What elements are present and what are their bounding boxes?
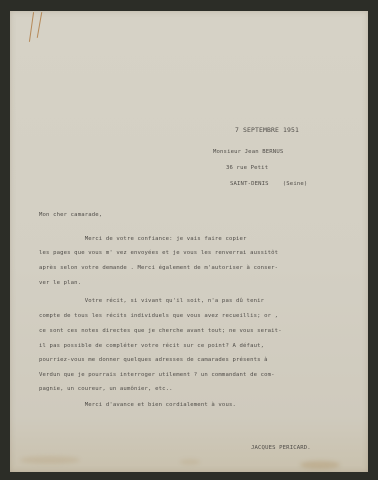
paper-stain (300, 461, 340, 469)
paragraph-line: ver le plan. (39, 280, 81, 286)
document-scan-frame: 7 SEPTEMBRE 1951 Monsieur Jean BERNUS 36… (0, 0, 378, 480)
recipient-street: 36 rue Petit (226, 165, 268, 171)
paper-stain (180, 459, 200, 465)
letter-date: 7 SEPTEMBRE 1951 (235, 126, 299, 134)
paragraph-line: pagnie, un coureur, un aumônier, etc.. (39, 386, 173, 392)
paragraph-line: ce sont ces notes directes que je cherch… (39, 328, 282, 334)
paper-scratch-mark (29, 12, 34, 42)
paragraph-line: Verdun que je pourrais interroger utilem… (39, 372, 275, 378)
paragraph-line: les pages que vous m' vez envoyées et je… (39, 250, 278, 256)
paragraph-line: pourriez-vous me donner quelques adresse… (39, 357, 268, 363)
paragraph-line: Merci de votre confiance: je vais faire … (39, 236, 247, 242)
paper-scratch-mark (37, 12, 42, 38)
paragraph-line: Votre récit, si vivant qu'il soit, n'a p… (39, 298, 264, 304)
paragraph-line: Merci d'avance et bien cordialement à vo… (39, 402, 236, 408)
signature: JACQUES PERICARD. (251, 445, 311, 451)
recipient-name: Monsieur Jean BERNUS (213, 149, 283, 155)
paragraph-line: compte de tous les récits individuels qu… (39, 313, 278, 319)
paragraph-line: après selon votre demande . Merci égalem… (39, 265, 278, 271)
salutation: Mon cher camarade, (39, 212, 102, 218)
paper-stain (20, 456, 80, 464)
paragraph-line: il pas possible de compléter votre récit… (39, 343, 264, 349)
recipient-city: SAINT-DENIS (Seine) (230, 181, 307, 187)
